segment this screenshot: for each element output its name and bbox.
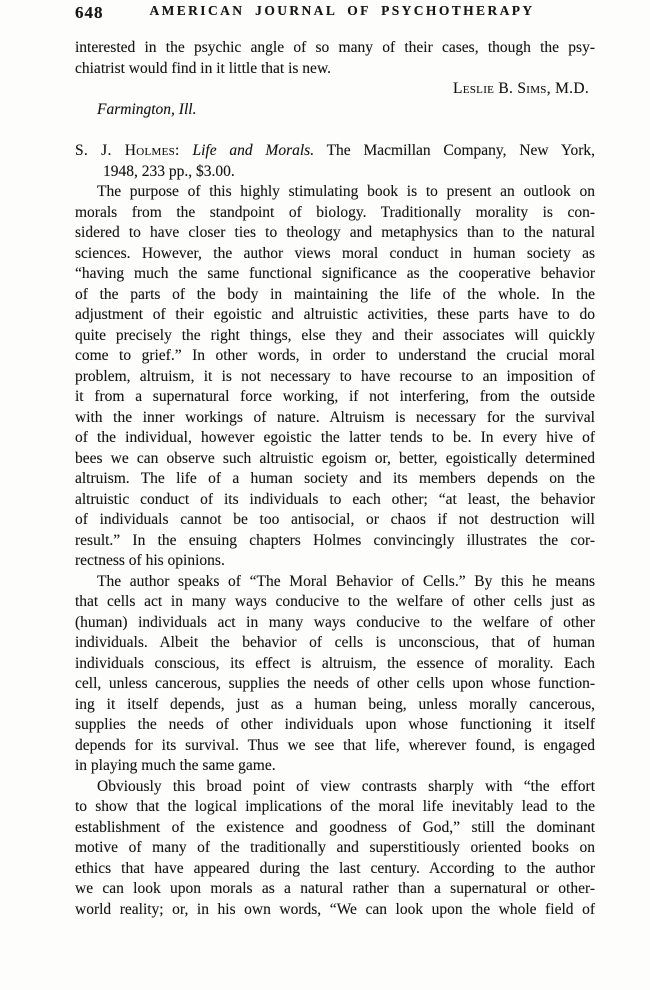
page-header: 648 AMERICAN JOURNAL OF PSYCHOTHERAPY (75, 3, 595, 21)
review-paragraph-3: Obviously this broad point of view contr… (75, 777, 595, 921)
text-line: come to grief.” In other words, in order… (75, 346, 595, 367)
book-review: S. J. Holmes: Life and Morals. The Macmi… (75, 141, 595, 920)
book-citation-line-2: 1948, 233 pp., $3.00. (75, 162, 595, 183)
book-publisher: The Macmillan Company, New York, (327, 142, 595, 159)
text-line: altruism. The life of a human society an… (75, 469, 595, 490)
previous-review-ending: interested in the psychic angle of so ma… (75, 38, 595, 120)
text-line: chiatrist would find in it little that i… (75, 59, 595, 80)
text-line: interested in the psychic angle of so ma… (75, 38, 595, 59)
text-line: sciences. However, the author views mora… (75, 244, 595, 265)
text-line: of individuals cannot be too antisocial,… (75, 510, 595, 531)
book-author: S. J. Holmes: (75, 142, 180, 159)
journal-page: 648 AMERICAN JOURNAL OF PSYCHOTHERAPY in… (0, 0, 650, 990)
text-line: to show that the logical implications of… (75, 797, 595, 818)
book-citation-line-1: S. J. Holmes: Life and Morals. The Macmi… (75, 141, 595, 162)
text-line: it from a supernatural force working, if… (75, 387, 595, 408)
text-line: depends for its survival. Thus we see th… (75, 736, 595, 757)
review-paragraph-2: The author speaks of “The Moral Behavior… (75, 572, 595, 777)
text-line: in playing much the same game. (75, 756, 595, 777)
text-line: morals from the standpoint of biology. T… (75, 203, 595, 224)
text-line: (human) individuals act in many ways con… (75, 613, 595, 634)
reviewer-signature: Leslie B. Sims, M.D. (75, 79, 595, 100)
text-line: of the individual, however egoistic the … (75, 428, 595, 449)
text-line: The purpose of this highly stimulating b… (75, 182, 595, 203)
text-line: individuals. Albeit the behavior of cell… (75, 633, 595, 654)
text-line: result.” In the ensuing chapters Holmes … (75, 531, 595, 552)
text-line: ing it itself depends, just as a human b… (75, 695, 595, 716)
text-line: motive of many of the traditionally and … (75, 838, 595, 859)
book-title: Life and Morals. (192, 142, 314, 159)
text-line: that cells act in many ways conducive to… (75, 592, 595, 613)
text-line: The author speaks of “The Moral Behavior… (75, 572, 595, 593)
reviewer-name: Leslie B. Sims, M.D. (453, 80, 589, 97)
text-line: ethics that have appeared during the las… (75, 859, 595, 880)
text-line: sidered to have closer ties to theology … (75, 223, 595, 244)
review-paragraph-1: The purpose of this highly stimulating b… (75, 182, 595, 572)
text-line: with the inner workings of nature. Altru… (75, 408, 595, 429)
text-line: quite precisely the right things, else t… (75, 326, 595, 347)
text-line: individuals conscious, its effect is alt… (75, 654, 595, 675)
text-line: adjustment of their egoistic and altruis… (75, 305, 595, 326)
journal-running-title: AMERICAN JOURNAL OF PSYCHOTHERAPY (75, 3, 595, 19)
text-line: Obviously this broad point of view contr… (75, 777, 595, 798)
reviewer-location: Farmington, Ill. (75, 100, 595, 121)
text-line: “having much the same functional signifi… (75, 264, 595, 285)
text-line: establishment of the existence and goodn… (75, 818, 595, 839)
text-line: altruistic conduct of its individuals to… (75, 490, 595, 511)
text-line: of the parts of the body in maintaining … (75, 285, 595, 306)
text-line: rectness of his opinions. (75, 551, 595, 572)
text-line: supplies the needs of other individuals … (75, 715, 595, 736)
text-line: bees we can observe such altruistic egoi… (75, 449, 595, 470)
text-line: cell, unless cancerous, supplies the nee… (75, 674, 595, 695)
text-line: we can look upon morals as a natural rat… (75, 879, 595, 900)
text-line: world reality; or, in his own words, “We… (75, 900, 595, 921)
text-line: problem, altruism, it is not necessary t… (75, 367, 595, 388)
page-number: 648 (75, 3, 104, 23)
